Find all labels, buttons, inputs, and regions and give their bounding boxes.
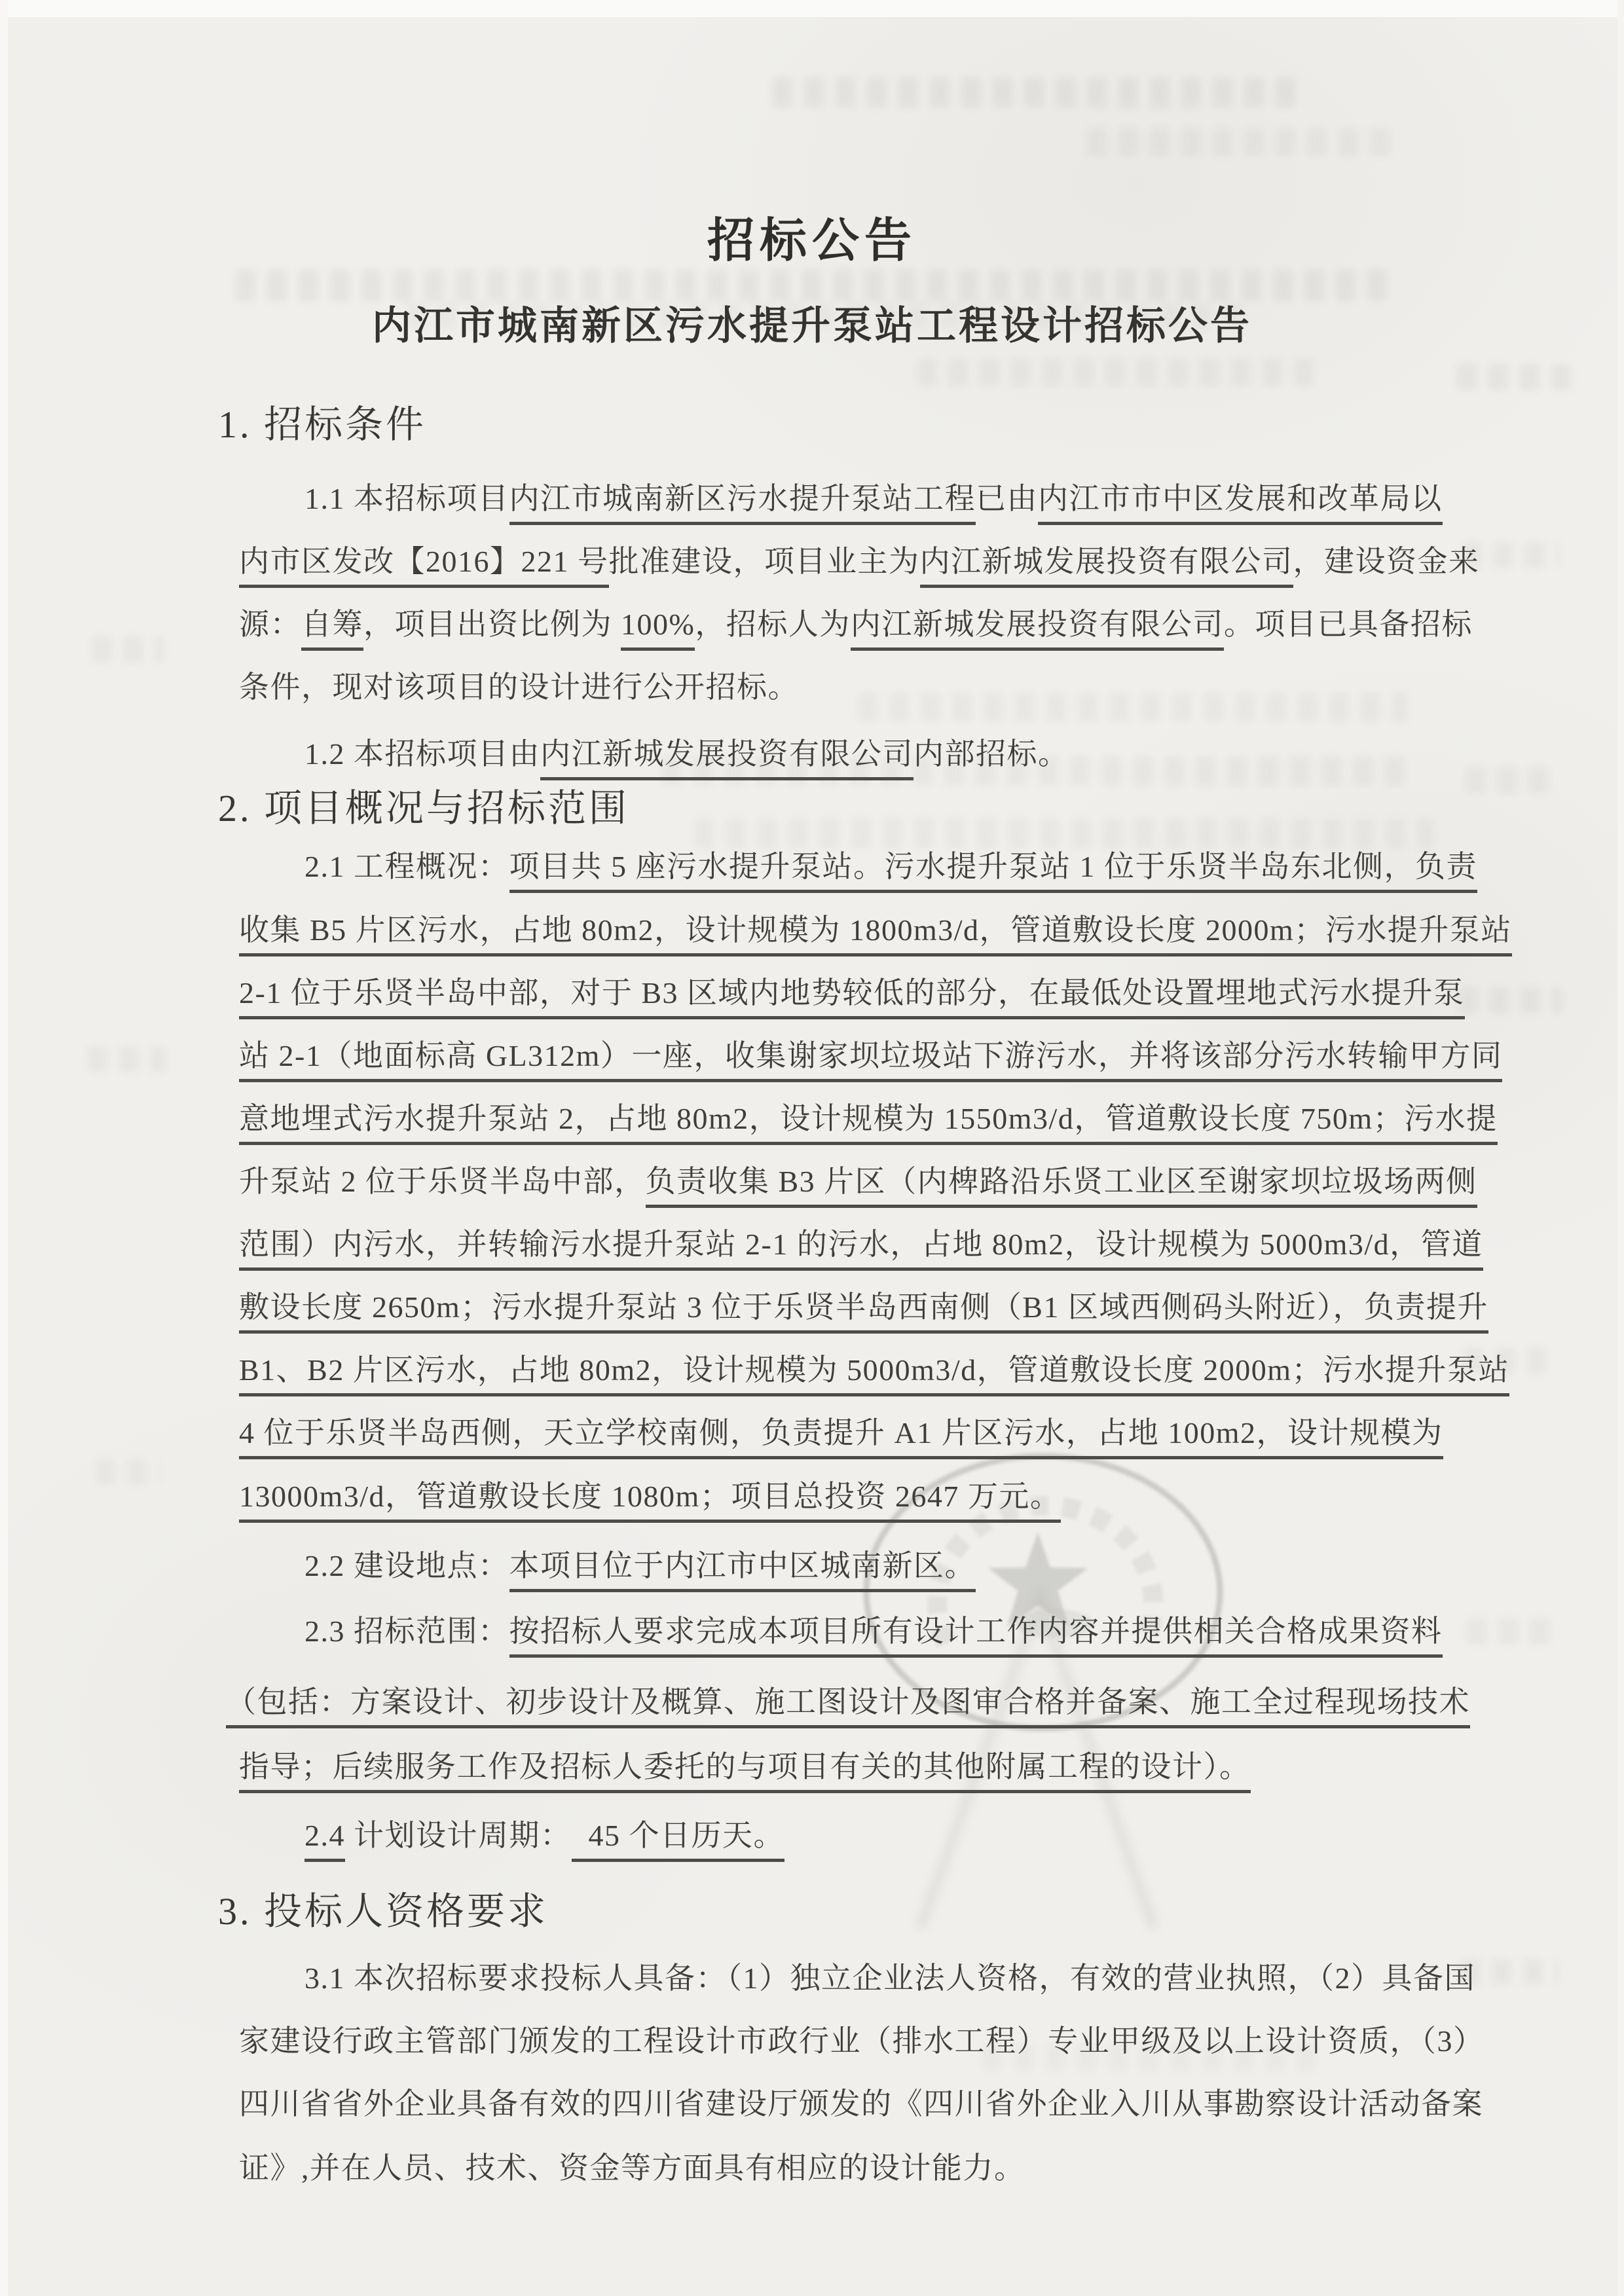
title-line: 招标公告 [0,217,1624,264]
text-line: 家建设行政主管部门颁发的工程设计市政行业（排水工程）专业甲级及以上设计资质，（3… [239,2026,1485,2056]
text-line: 源：自筹，项目出资比例为 100%，招标人为内江新城发展投资有限公司。项目已具备… [239,610,1473,640]
underlined-text-segment: 100% [621,608,695,651]
underlined-text-segment: 按招标人要求完成本项目所有设计工作内容并提供相关合格成果资料 [509,1614,1443,1658]
scan-edge-top [0,0,1624,17]
underlined-text-segment: 13000m3/d，管道敷设长度 1080m；项目总投资 2647 万元。 [239,1480,1061,1523]
text-line: 条件，现对该项目的设计进行公开招标。 [239,672,799,702]
underlined-text-segment: 本项目位于内江市中区城南新区。 [509,1549,976,1592]
text-line: 2.3 招标范围：按招标人要求完成本项目所有设计工作内容并提供相关合格成果资料 [304,1616,1443,1647]
bleedthrough-smudge [1457,364,1575,390]
text-segment: 计划设计周期： [345,1819,572,1852]
text-line: （包括：方案设计、初步设计及概算、施工图设计及图审合格并备案、施工全过程现场技术 [226,1687,1470,1717]
bleedthrough-smudge [858,693,1408,721]
underlined-text-segment: （包括：方案设计、初步设计及概算、施工图设计及图审合格并备案、施工全过程现场技术 [226,1685,1470,1728]
text-line: 收集 B5 片区污水，占地 80m2，设计规模为 1800m3/d，管道敷设长度… [239,915,1512,945]
text-line: 3.1 本次招标要求投标人具备：（1）独立企业法人资格，有效的营业执照，（2）具… [304,1963,1475,1994]
text-segment: 证》,并在人员、技术、资金等方面具有相应的设计能力。 [239,2151,1025,2185]
bleedthrough-smudge [88,1046,166,1072]
text-segment: 源： [239,608,301,641]
bleedthrough-smudge [1458,987,1562,1013]
text-segment: 3.1 本次招标要求投标人具备：（1）独立企业法人资格，有效的营业执照，（2）具… [304,1961,1475,1995]
text-line: 1.2 本招标项目由内江新城发展投资有限公司内部招标。 [304,739,1069,769]
underlined-text-segment: 内江市市中区发展和改革局以 [1038,482,1443,525]
text-line: B1、B2 片区污水，占地 80m2，设计规模为 5000m3/d，管道敷设长度… [239,1355,1509,1385]
section-heading-2: 2. 项目概况与招标范围 [218,790,629,828]
underlined-text-segment: 内江新城发展投资有限公司 [851,608,1224,651]
text-segment: 1. 招标条件 [218,403,426,446]
text-segment: 内部招标。 [913,737,1069,771]
text-segment: 批准建设，项目业主为 [609,545,920,578]
text-line: 2.4 计划设计周期： 45 个日历天。 [304,1821,784,1851]
text-line: 范围）内污水，并转输污水提升泵站 2-1 的污水，占地 80m2，设计规模为 5… [239,1230,1483,1260]
underlined-text-segment: 内江市城南新区污水提升泵站工程 [509,482,976,525]
text-segment: 招标公告 [707,215,917,267]
text-segment: 升泵站 2 位于乐贤半岛中部， [239,1165,646,1198]
text-line: 四川省省外企业具备有效的四川省建设厅颁发的《四川省外企业入川从事勘察设计活动备案 [239,2089,1483,2119]
bleedthrough-smudge [1087,128,1395,156]
text-line: 内市区发改【2016】221 号批准建设，项目业主为内江新城发展投资有限公司，建… [239,547,1480,577]
text-line: 敷设长度 2650m；污水提升泵站 3 位于乐贤半岛西南侧（B1 区域西侧码头附… [239,1292,1488,1322]
text-line: 证》,并在人员、技术、资金等方面具有相应的设计能力。 [239,2153,1025,2183]
bleedthrough-smudge [1466,767,1551,793]
underlined-text-segment: 45 个日历天。 [572,1819,785,1862]
underlined-text-segment: 收集 B5 片区污水，占地 80m2，设计规模为 1800m3/d，管道敷设长度… [239,913,1512,957]
underlined-text-segment: B1、B2 片区污水，占地 80m2，设计规模为 5000m3/d，管道敷设长度… [239,1353,1509,1396]
section-heading-1: 1. 招标条件 [218,406,426,444]
underlined-text-segment: 内江新城发展投资有限公司 [540,737,913,780]
subtitle-line: 内江市城南新区污水提升泵站工程设计招标公告 [0,306,1624,346]
text-line: 2.1 工程概况：项目共 5 座污水提升泵站。污水提升泵站 1 位于乐贤半岛东北… [304,852,1477,882]
bleedthrough-smudge [1467,1618,1559,1645]
underlined-text-segment: 站 2-1（地面标高 GL312m）一座，收集谢家坝垃圾站下游污水，并将该部分污… [239,1039,1502,1082]
text-line: 升泵站 2 位于乐贤半岛中部，负责收集 B3 片区（内椑路沿乐贤工业区至谢家坝垃… [239,1167,1477,1197]
text-segment: 2.3 招标范围： [304,1614,509,1648]
text-line: 意地埋式污水提升泵站 2，占地 80m2，设计规模为 1550m3/d，管道敷设… [239,1104,1498,1134]
text-line: 站 2-1（地面标高 GL312m）一座，收集谢家坝垃圾站下游污水，并将该部分污… [239,1041,1502,1071]
text-line: 2.2 建设地点：本项目位于内江市中区城南新区。 [304,1551,976,1581]
bleedthrough-smudge [92,636,164,663]
text-segment: 条件，现对该项目的设计进行公开招标。 [239,670,799,704]
text-segment: ，招标人为 [695,608,851,641]
bleedthrough-smudge [96,1459,161,1485]
underlined-text-segment: 4 位于乐贤半岛西侧，天立学校南侧，负责提升 A1 片区污水，占地 100m2，… [239,1416,1443,1459]
text-segment: 2. 项目概况与招标范围 [218,787,629,829]
underlined-text-segment: 内江新城发展投资有限公司 [920,545,1293,588]
text-segment: ，建设资金来 [1293,545,1480,578]
text-segment: 。项目已具备招标 [1224,608,1473,641]
underlined-text-segment: 自筹 [301,608,363,651]
text-line: 13000m3/d，管道敷设长度 1080m；项目总投资 2647 万元。 [239,1482,1061,1512]
underlined-text-segment: 指导；后续服务工作及招标人委托的与项目有关的其他附属工程的设计）。 [239,1750,1251,1793]
bleedthrough-smudge [694,818,1434,848]
underlined-text-segment: 2.4 [304,1819,345,1862]
text-line: 2-1 位于乐贤半岛中部，对于 B3 区域内地势较低的部分，在最低处设置埋地式污… [239,978,1465,1008]
text-segment: 内江市城南新区污水提升泵站工程设计招标公告 [372,304,1252,348]
text-segment: 已由 [976,482,1038,515]
underlined-text-segment: 意地埋式污水提升泵站 2，占地 80m2，设计规模为 1550m3/d，管道敷设… [239,1102,1498,1145]
text-segment: 3. 投标人资格要求 [218,1890,548,1933]
text-segment: 家建设行政主管部门颁发的工程设计市政行业（排水工程）专业甲级及以上设计资质，（3… [239,2024,1485,2058]
underlined-text-segment: 内市区发改【2016】221 号 [239,545,609,588]
text-segment: 四川省省外企业具备有效的四川省建设厅颁发的《四川省外企业入川从事勘察设计活动备案 [239,2087,1483,2121]
underlined-text-segment: 负责收集 B3 片区（内椑路沿乐贤工业区至谢家坝垃圾场两侧 [646,1165,1477,1208]
text-segment: ，项目出资比例为 [363,608,621,641]
underlined-text-segment: 项目共 5 座污水提升泵站。污水提升泵站 1 位于乐贤半岛东北侧，负责 [509,850,1478,893]
text-segment: 1.2 本招标项目由 [304,737,540,771]
bleedthrough-smudge [236,270,1388,301]
underlined-text-segment: 范围）内污水，并转输污水提升泵站 2-1 的污水，占地 80m2，设计规模为 5… [239,1228,1483,1271]
bleedthrough-smudge [917,359,1323,386]
underlined-text-segment: 敷设长度 2650m；污水提升泵站 3 位于乐贤半岛西南侧（B1 区域西侧码头附… [239,1290,1488,1334]
text-line: 4 位于乐贤半岛西侧，天立学校南侧，负责提升 A1 片区污水，占地 100m2，… [239,1418,1443,1448]
underlined-text-segment: 2-1 位于乐贤半岛中部，对于 B3 区域内地势较低的部分，在最低处设置埋地式污… [239,976,1465,1019]
text-line: 1.1 本招标项目内江市城南新区污水提升泵站工程已由内江市市中区发展和改革局以 [304,484,1443,514]
bleedthrough-smudge [773,77,1297,107]
text-segment: 2.1 工程概况： [304,850,509,883]
text-segment: 1.1 本招标项目 [304,482,509,515]
text-line: 指导；后续服务工作及招标人委托的与项目有关的其他附属工程的设计）。 [239,1752,1251,1782]
scanned-document-page: 招标公告内江市城南新区污水提升泵站工程设计招标公告1. 招标条件1.1 本招标项… [0,0,1624,2296]
section-heading-3: 3. 投标人资格要求 [218,1893,548,1931]
text-segment: 2.2 建设地点： [304,1549,509,1582]
